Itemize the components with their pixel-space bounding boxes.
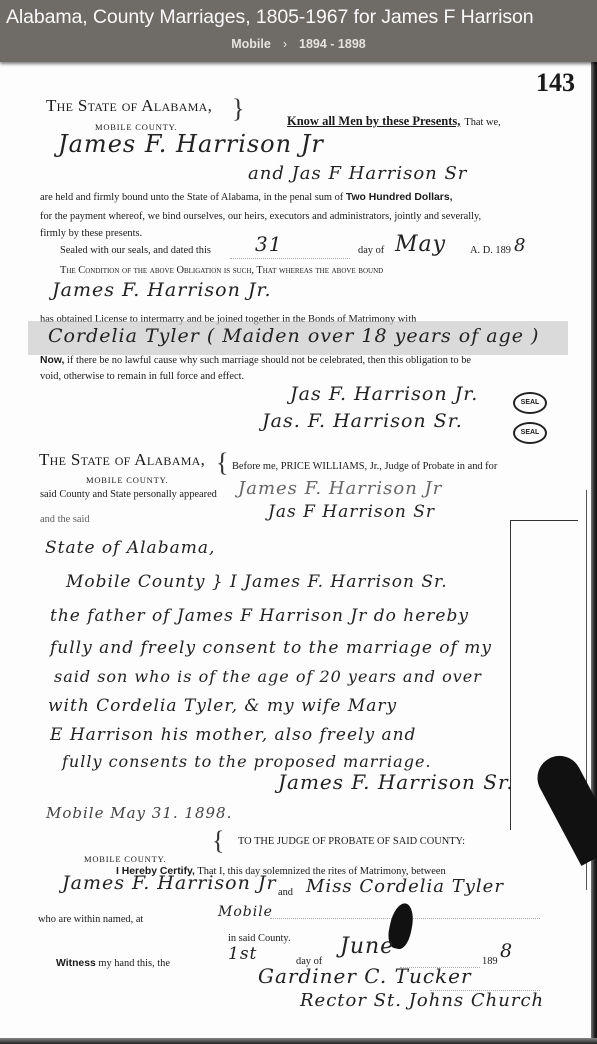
within-named-text: who are within named, at	[38, 914, 143, 925]
breadcrumb-item-mobile[interactable]: Mobile	[231, 37, 271, 51]
seal-icon: SEAL	[513, 392, 547, 414]
handwritten-affiant-2: Jas F Harrison Sr	[268, 502, 435, 522]
page-edge-shadow	[591, 62, 597, 1044]
fill-line	[230, 258, 350, 259]
seal-icon: SEAL	[513, 422, 547, 444]
handwritten-principals-1: James F. Harrison Jr	[58, 130, 324, 158]
consent-line-1: State of Alabama,	[45, 538, 215, 558]
handwritten-witness-year: 8	[500, 940, 513, 962]
brace-icon: {	[216, 448, 228, 478]
consent-line-7: E Harrison his mother, also freely and	[50, 725, 416, 745]
county-label-3: MOBILE COUNTY.	[84, 854, 166, 864]
state-heading-2: The State of Alabama,	[39, 450, 205, 470]
handwritten-affiant-1: James F. Harrison Jr	[238, 478, 442, 499]
certificate-bride: Miss Cordelia Tyler	[306, 876, 504, 897]
page-edge-shadow-bottom	[0, 1038, 597, 1044]
officiant-signature: Gardiner C. Tucker	[258, 964, 472, 988]
record-header: Alabama, County Marriages, 1805-1967 for…	[0, 0, 597, 62]
now-text: Now, if there be no lawful cause why suc…	[40, 355, 471, 366]
officiant-title: Rector St. Johns Church	[300, 990, 544, 1011]
handwritten-year: 8	[514, 235, 526, 256]
consent-line-4: fully and freely consent to the marriage…	[50, 638, 492, 658]
brace-icon: {	[212, 826, 224, 856]
certificate-groom: James F. Harrison Jr	[62, 872, 277, 894]
handwritten-witness-day: 1st	[228, 944, 257, 964]
handwritten-month: May	[395, 232, 446, 257]
to-judge-text: TO THE JUDGE OF PROBATE OF SAID COUNTY:	[238, 836, 465, 847]
appeared-text: said County and State personally appeare…	[40, 489, 217, 500]
and-said-text: and the said	[40, 514, 90, 525]
fill-line	[430, 990, 540, 991]
breadcrumb: Mobile›1894 - 1898	[0, 37, 597, 51]
handwritten-bride: Cordelia Tyler ( Maiden over 18 years of…	[48, 325, 539, 347]
brace-icon: }	[232, 94, 244, 124]
state-heading: The State of Alabama,	[46, 96, 212, 116]
county-label-2: MOBILE COUNTY.	[86, 475, 168, 485]
signature-father: Jas. F. Harrison Sr.	[262, 410, 463, 432]
condition-text: The Condition of the above Obligation is…	[60, 265, 383, 276]
know-all-line: Know all Men by these Presents, That we,	[287, 112, 501, 130]
handwritten-groom: James F. Harrison Jr.	[52, 279, 272, 301]
and-label: and	[278, 887, 293, 898]
consent-line-2: Mobile County } I James F. Harrison Sr.	[66, 572, 448, 592]
bond-text-line-2: for the payment whereof, we bind ourselv…	[40, 211, 481, 222]
handwritten-principals-2: and Jas F Harrison Sr	[248, 163, 467, 184]
bond-text-line-3: firmly by these presents.	[40, 228, 142, 239]
bond-text-line-1: are held and firmly bound unto the State…	[40, 192, 453, 203]
note-border	[510, 520, 578, 521]
consent-line-5: said son who is of the age of 20 years a…	[54, 667, 482, 686]
year-prefix: 189	[482, 956, 498, 967]
day-of-label: day of	[358, 245, 384, 256]
handwritten-day: 31	[255, 232, 282, 256]
in-said-county-text: in said County.	[228, 933, 291, 944]
handwritten-place: Mobile	[218, 904, 273, 920]
consent-line-3: the father of James F Harrison Jr do her…	[50, 606, 469, 626]
consent-date: Mobile May 31. 1898.	[46, 804, 232, 822]
ad-label: A. D. 189	[470, 245, 511, 256]
void-text: void, otherwise to remain in full force …	[40, 371, 244, 382]
record-title: Alabama, County Marriages, 1805-1967 for…	[6, 6, 534, 29]
before-me-text: Before me, PRICE WILLIAMS, Jr., Judge of…	[232, 461, 497, 472]
sealed-text: Sealed with our seals, and dated this	[60, 245, 211, 256]
witness-text: Witness my hand this, the	[56, 958, 170, 969]
bond-sum: Two Hundred Dollars,	[346, 192, 453, 203]
chevron-right-icon: ›	[283, 37, 287, 51]
signature-groom: Jas F. Harrison Jr.	[290, 383, 478, 405]
consent-line-8: fully consents to the proposed marriage.	[62, 752, 432, 771]
breadcrumb-item-year-range[interactable]: 1894 - 1898	[299, 37, 366, 51]
consent-signature: James F. Harrison Sr.	[278, 770, 514, 794]
consent-line-6: with Cordelia Tyler, & my wife Mary	[48, 696, 397, 716]
page-number: 143	[536, 68, 575, 98]
handwritten-witness-month: June	[340, 934, 394, 959]
